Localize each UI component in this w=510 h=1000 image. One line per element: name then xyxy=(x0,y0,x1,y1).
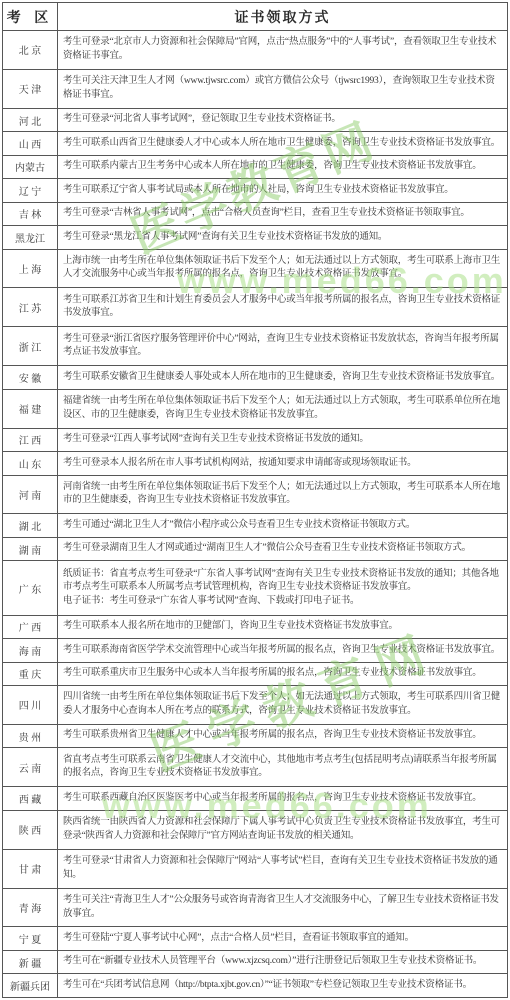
method-cell: 考生可登录“浙江省医疗服务管理评价中心”网站，查询卫生专业技术资格证书发放状态，… xyxy=(58,327,508,366)
region-cell: 西 藏 xyxy=(3,787,58,810)
method-cell: 考生可登录本人报名所在市人事考试机构网站，按通知要求申请邮寄或现场领取证书。 xyxy=(58,452,508,475)
method-cell: 考生可登录湖南卫生人才网或通过“湖南卫生人才”微信公众号查看卫生专业技术资格证书… xyxy=(58,537,508,560)
region-cell: 广 东 xyxy=(3,561,58,615)
method-cell: 考生可登录“甘肃省人力资源和社会保障厅”网站“人事考试”栏目，查询有关卫生专业技… xyxy=(58,849,508,888)
method-cell: 考生可登录“吉林省人事考试网”，点击“合格人员查询”栏目，查看卫生专业技术资格证… xyxy=(58,202,508,225)
table-row: 安 徽 考生可联系安徽省卫生健康委人事处或本人所在地市的卫生健康委，咨询卫生专业… xyxy=(3,366,508,389)
region-cell: 新 疆 xyxy=(3,950,58,973)
method-cell: 考生可联系重庆市卫生服务中心或本人当年报考所属的报名点，咨询卫生专业技术资格证书… xyxy=(58,662,508,685)
region-cell: 山 西 xyxy=(3,132,58,155)
table-row: 重 庆 考生可联系重庆市卫生服务中心或本人当年报考所属的报名点，咨询卫生专业技术… xyxy=(3,662,508,685)
method-cell: 考生可联系山西省卫生健康委人才中心或本人所在地市卫生健康委，咨询卫生专业技术资格… xyxy=(58,132,508,155)
region-cell: 广 西 xyxy=(3,615,58,638)
method-cell: 考生可关注天津卫生人才网（www.tjwsrc.com）或官方微信公众号（tjw… xyxy=(58,69,508,108)
method-cell: 考生可在“新疆专业技术人员管理平台（www.xjzcsq.com）”进行注册登记… xyxy=(58,950,508,973)
table-row: 西 藏 考生可联系西藏自治区医鉴医考中心或当年报考所属的报名点，咨询卫生专业技术… xyxy=(3,787,508,810)
table-row: 青 海 考生可关注“青海卫生人才”公众服务号或咨询青海省卫生人才交流服务中心，了… xyxy=(3,888,508,927)
region-cell: 北 京 xyxy=(3,31,58,70)
region-cell: 新疆兵团 xyxy=(3,974,58,998)
region-cell: 天 津 xyxy=(3,69,58,108)
table-row: 湖 北 考生可通过“湖北卫生人才”微信小程序或公众号查看卫生专业技术资格证书领取… xyxy=(3,514,508,537)
table-row: 广 东 纸质证书：省直考点考生可登录“广东省人事考试网”查询有关卫生专业技术资格… xyxy=(3,561,508,615)
method-cell: 考生可登录“河北省人事考试网”，登记领取卫生专业技术资格证书。 xyxy=(58,108,508,131)
table-row: 辽 宁 考生可联系辽宁省人事考试局或本人所在地市的人社局，咨询卫生专业技术资格证… xyxy=(3,179,508,202)
table-row: 上 海 上海市统一由考生所在单位集体领取证书后下发至个人；如无法通过以上方式领取… xyxy=(3,249,508,288)
region-cell: 云 南 xyxy=(3,748,58,787)
method-cell: 上海市统一由考生所在单位集体领取证书后下发至个人；如无法通过以上方式领取，考生可… xyxy=(58,249,508,288)
region-cell: 山 东 xyxy=(3,452,58,475)
region-cell: 江 苏 xyxy=(3,288,58,327)
region-cell: 海 南 xyxy=(3,639,58,662)
region-cell: 四 川 xyxy=(3,686,58,725)
method-cell: 省直考点考生可联系云南省卫生健康人才交流中心，其他地市考点考生(包括昆明考点)请… xyxy=(58,748,508,787)
region-cell: 浙 江 xyxy=(3,327,58,366)
method-cell: 考生可联系江苏省卫生和计划生育委员会人才服务中心或当年报考所属的报名点，咨询卫生… xyxy=(58,288,508,327)
table-row: 新疆兵团 考生可在“兵团考试信息网（http://btpta.xjbt.gov.… xyxy=(3,974,508,998)
method-cell: 考生可通过“湖北卫生人才”微信小程序或公众号查看卫生专业技术资格证书领取方式。 xyxy=(58,514,508,537)
table-body: 北 京 考生可登录“北京市人力资源和社会保障局”官网，点击“热点服务”中的“人事… xyxy=(3,31,508,998)
table-row: 河 南 河南省统一由考生所在单位集体领取证书后下发至个人；如无法通过以上方式领取… xyxy=(3,475,508,514)
region-cell: 青 海 xyxy=(3,888,58,927)
region-cell: 江 西 xyxy=(3,428,58,451)
table-row: 江 西 考生可登录“江西人事考试网”查询有关卫生专业技术资格证书发放的通知。 xyxy=(3,428,508,451)
table-row: 江 苏 考生可联系江苏省卫生和计划生育委员会人才服务中心或当年报考所属的报名点，… xyxy=(3,288,508,327)
region-cell: 辽 宁 xyxy=(3,179,58,202)
method-cell: 考生可登录“江西人事考试网”查询有关卫生专业技术资格证书发放的通知。 xyxy=(58,428,508,451)
table-row: 浙 江 考生可登录“浙江省医疗服务管理评价中心”网站，查询卫生专业技术资格证书发… xyxy=(3,327,508,366)
table-row: 海 南 考生可联系海南省医学学术交流管理中心或当年报考所属的报名点，咨询卫生专业… xyxy=(3,639,508,662)
table-row: 黑龙江 考生可登录“黑龙江省人事考试网”查询有关卫生专业技术资格证书发放的通知。 xyxy=(3,226,508,249)
header-pickup-method: 证书领取方式 xyxy=(58,3,508,31)
table-row: 山 东 考生可登录本人报名所在市人事考试机构网站，按通知要求申请邮寄或现场领取证… xyxy=(3,452,508,475)
table-row: 天 津 考生可关注天津卫生人才网（www.tjwsrc.com）或官方微信公众号… xyxy=(3,69,508,108)
method-cell: 考生可登录“北京市人力资源和社会保障局”官网，点击“热点服务”中的“人事考试”，… xyxy=(58,31,508,70)
table-row: 云 南 省直考点考生可联系云南省卫生健康人才交流中心，其他地市考点考生(包括昆明… xyxy=(3,748,508,787)
table-row: 贵 州 考生可联系贵州省卫生健康人才中心或当年报考所属的报名点，咨询卫生专业技术… xyxy=(3,724,508,747)
region-cell: 重 庆 xyxy=(3,662,58,685)
header-exam-region: 考 区 xyxy=(3,3,58,31)
table-row: 宁 夏 考生可登陆“宁夏人事考试中心网”，点击“合格人员”栏目，查看证书领取事宜… xyxy=(3,927,508,950)
table-row: 陕 西 陕西省统一由陕西省人力资源和社会保障厅下属人事考试中心负责卫生专业技术资… xyxy=(3,810,508,849)
region-cell: 贵 州 xyxy=(3,724,58,747)
region-cell: 河 北 xyxy=(3,108,58,131)
table-row: 湖 南 考生可登录湖南卫生人才网或通过“湖南卫生人才”微信公众号查看卫生专业技术… xyxy=(3,537,508,560)
region-cell: 湖 北 xyxy=(3,514,58,537)
method-cell: 四川省统一由考生所在单位集体领取证书后下发至个人；如无法通过以上方式领取，考生可… xyxy=(58,686,508,725)
table-row: 河 北 考生可登录“河北省人事考试网”，登记领取卫生专业技术资格证书。 xyxy=(3,108,508,131)
method-cell: 福建省统一由考生所在单位集体领取证书后下发至个人；如无法通过以上方式领取，考生可… xyxy=(58,389,508,428)
header-row: 考 区 证书领取方式 xyxy=(3,3,508,31)
method-cell: 河南省统一由考生所在单位集体领取证书后下发至个人；如无法通过以上方式领取，考生可… xyxy=(58,475,508,514)
region-cell: 上 海 xyxy=(3,249,58,288)
region-cell: 陕 西 xyxy=(3,810,58,849)
table-row: 广 西 考生可联系本人报名所在地市的卫健部门，咨询卫生专业技术资格证书发放事宜。 xyxy=(3,615,508,638)
region-cell: 安 徽 xyxy=(3,366,58,389)
method-cell: 考生可联系西藏自治区医鉴医考中心或当年报考所属的报名点，咨询卫生专业技术资格证书… xyxy=(58,787,508,810)
table-row: 山 西 考生可联系山西省卫生健康委人才中心或本人所在地市卫生健康委，咨询卫生专业… xyxy=(3,132,508,155)
method-cell: 考生可联系安徽省卫生健康委人事处或本人所在地市的卫生健康委，咨询卫生专业技术资格… xyxy=(58,366,508,389)
certificate-pickup-document: 考 区 证书领取方式 北 京 考生可登录“北京市人力资源和社会保障局”官网，点击… xyxy=(2,2,508,998)
table-row: 北 京 考生可登录“北京市人力资源和社会保障局”官网，点击“热点服务”中的“人事… xyxy=(3,31,508,70)
region-cell: 吉 林 xyxy=(3,202,58,225)
method-cell: 考生可在“兵团考试信息网（http://btpta.xjbt.gov.cn）”“… xyxy=(58,974,508,998)
table-row: 吉 林 考生可登录“吉林省人事考试网”，点击“合格人员查询”栏目，查看卫生专业技… xyxy=(3,202,508,225)
table-row: 福 建 福建省统一由考生所在单位集体领取证书后下发至个人；如无法通过以上方式领取… xyxy=(3,389,508,428)
method-cell: 考生可关注“青海卫生人才”公众服务号或咨询青海省卫生人才交流服务中心，了解卫生专… xyxy=(58,888,508,927)
table-row: 四 川 四川省统一由考生所在单位集体领取证书后下发至个人；如无法通过以上方式领取… xyxy=(3,686,508,725)
method-cell: 考生可联系本人报名所在地市的卫健部门，咨询卫生专业技术资格证书发放事宜。 xyxy=(58,615,508,638)
region-cell: 湖 南 xyxy=(3,537,58,560)
region-cell: 福 建 xyxy=(3,389,58,428)
method-cell: 考生可联系海南省医学学术交流管理中心或当年报考所属的报名点，咨询卫生专业技术资格… xyxy=(58,639,508,662)
region-cell: 甘 肃 xyxy=(3,849,58,888)
region-method-table: 考 区 证书领取方式 北 京 考生可登录“北京市人力资源和社会保障局”官网，点击… xyxy=(2,2,508,998)
method-cell: 考生可登陆“宁夏人事考试中心网”，点击“合格人员”栏目，查看证书领取事宜的通知。 xyxy=(58,927,508,950)
method-cell: 陕西省统一由陕西省人力资源和社会保障厅下属人事考试中心负责卫生专业技术资格证书发… xyxy=(58,810,508,849)
region-cell: 宁 夏 xyxy=(3,927,58,950)
region-cell: 内蒙古 xyxy=(3,155,58,178)
method-cell: 考生可联系内蒙古卫生考务中心或本人所在地市的卫生健康委，咨询卫生专业技术资格证书… xyxy=(58,155,508,178)
table-row: 新 疆 考生可在“新疆专业技术人员管理平台（www.xjzcsq.com）”进行… xyxy=(3,950,508,973)
method-cell: 考生可联系辽宁省人事考试局或本人所在地市的人社局，咨询卫生专业技术资格证书发放事… xyxy=(58,179,508,202)
region-cell: 河 南 xyxy=(3,475,58,514)
table-row: 甘 肃 考生可登录“甘肃省人力资源和社会保障厅”网站“人事考试”栏目，查询有关卫… xyxy=(3,849,508,888)
method-cell: 考生可登录“黑龙江省人事考试网”查询有关卫生专业技术资格证书发放的通知。 xyxy=(58,226,508,249)
method-cell: 考生可联系贵州省卫生健康人才中心或当年报考所属的报名点，咨询卫生专业技术资格证书… xyxy=(58,724,508,747)
method-cell: 纸质证书：省直考点考生可登录“广东省人事考试网”查询有关卫生专业技术资格证书发放… xyxy=(58,561,508,615)
region-cell: 黑龙江 xyxy=(3,226,58,249)
table-row: 内蒙古 考生可联系内蒙古卫生考务中心或本人所在地市的卫生健康委，咨询卫生专业技术… xyxy=(3,155,508,178)
